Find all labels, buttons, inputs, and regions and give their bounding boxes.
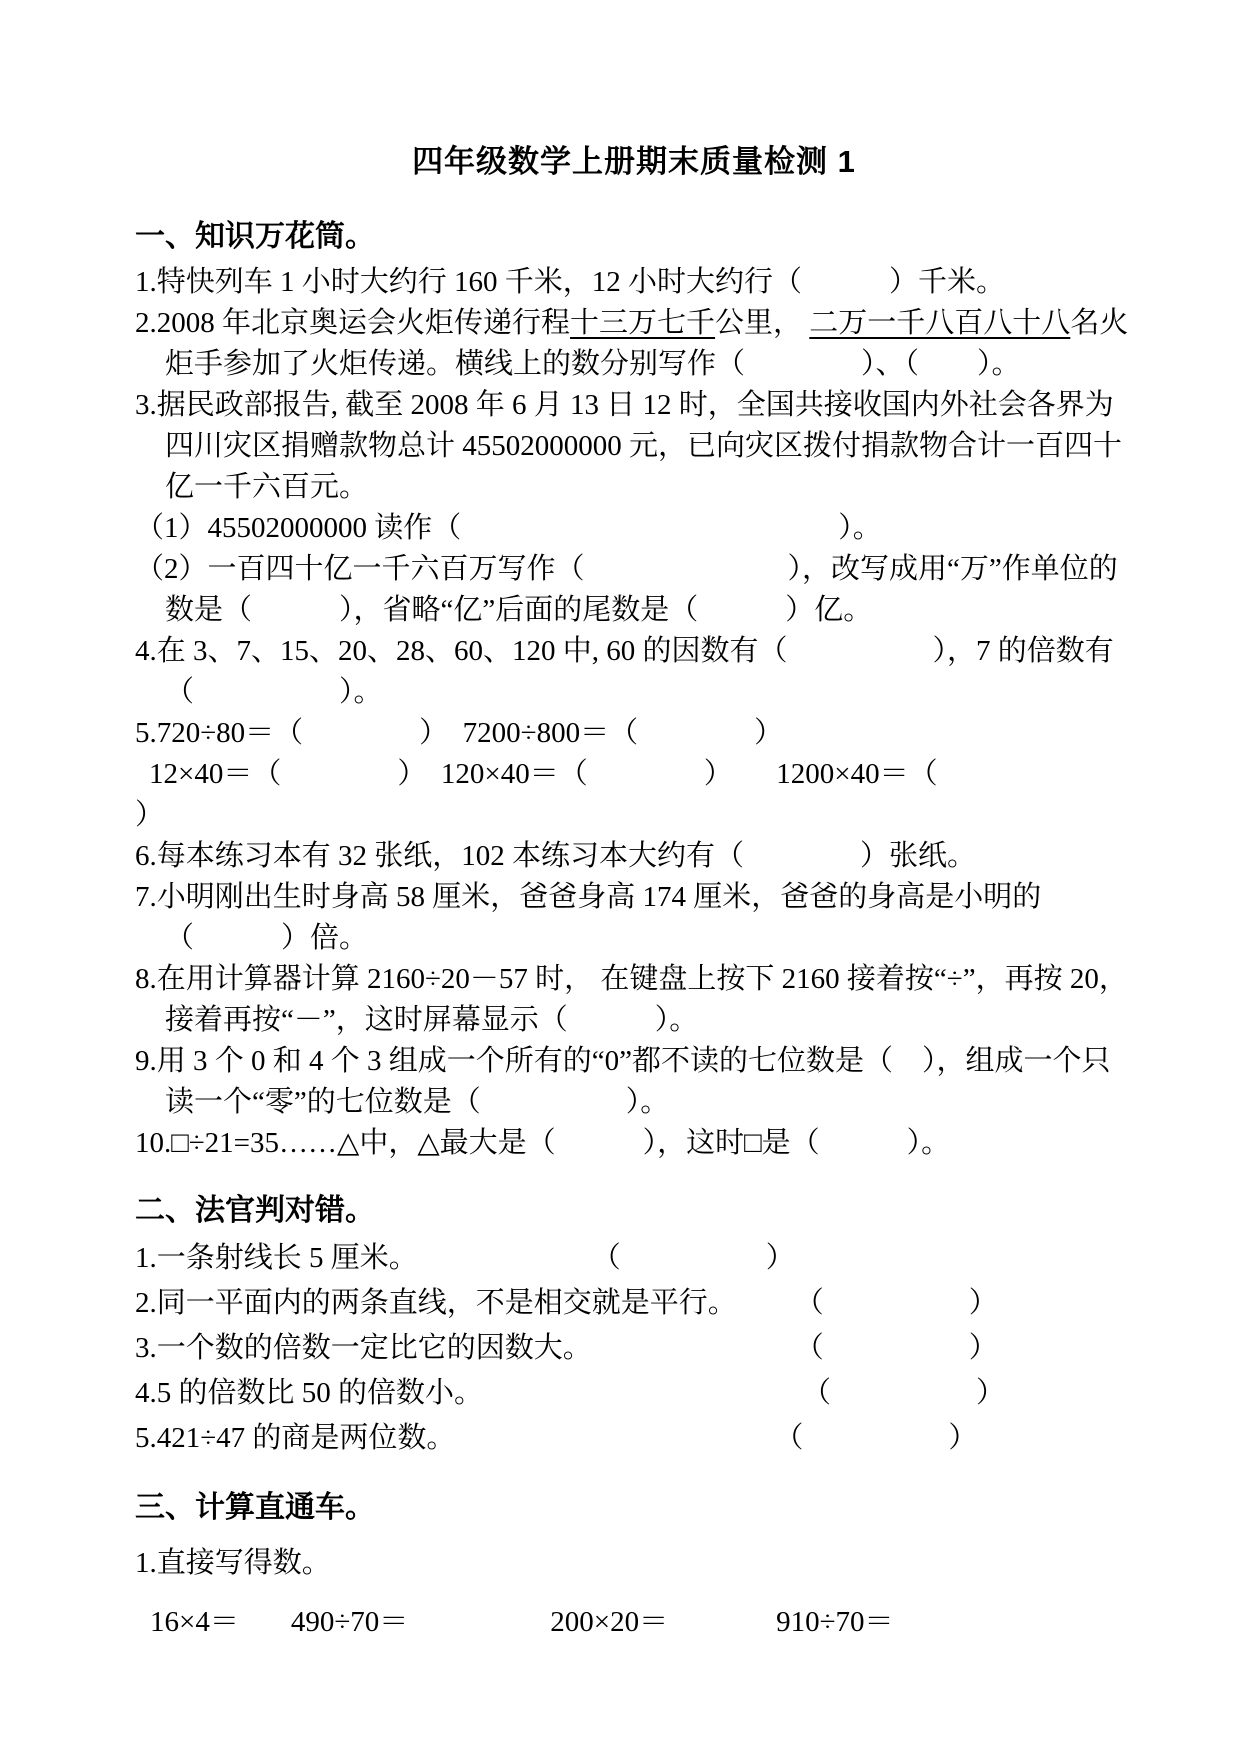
question-3-sub-2: （2）一百四十亿一千六百万写作（ ），改写成用“万”作单位的数是（ ），省略“亿… [135,549,1133,631]
question-2-underline-1: 十三万七千 [570,307,715,339]
question-6: 6.每本练习本有 32 张纸，102 本练习本大约有（ ）张纸。 [135,836,1133,877]
question-7: 7.小明刚出生时身高 58 厘米，爸爸身高 174 厘米，爸爸的身高是小明的（ … [135,877,1133,959]
section3-heading: 三、计算直通车。 [135,1487,1133,1529]
equation-row: 16×4＝490÷70＝200×20＝910÷70＝ [135,1602,1133,1643]
question-2-mid: 公里， [715,307,809,339]
question-5-line-3: ） [135,795,1133,836]
section-true-false: 二、法官判对错。 1.一条射线长 5 厘米。 （ ） 2.同一平面内的两条直线，… [135,1190,1133,1461]
judge-item-2: 2.同一平面内的两条直线，不是相交就是平行。 （ ） [135,1281,1133,1326]
equation-1: 16×4＝ [150,1602,239,1643]
equation-3: 200×20＝ [550,1602,668,1643]
judge-item-1: 1.一条射线长 5 厘米。 （ ） [135,1236,1133,1281]
judge-item-5: 5.421÷47 的商是两位数。 （ ） [135,1416,1133,1461]
section-calculation: 三、计算直通车。 1.直接写得数。 16×4＝490÷70＝200×20＝910… [135,1487,1133,1643]
equation-2: 490÷70＝ [291,1602,408,1643]
section2-heading: 二、法官判对错。 [135,1190,1133,1232]
question-8: 8.在用计算器计算 2160÷20－57 时， 在键盘上按下 2160 接着按“… [135,959,1133,1041]
section-knowledge: 一、知识万花筒。 1.特快列车 1 小时大约行 160 千米，12 小时大约行（… [135,216,1133,1164]
question-1: 1.特快列车 1 小时大约行 160 千米，12 小时大约行（ ）千米。 [135,262,1133,303]
section1-heading: 一、知识万花筒。 [135,216,1133,258]
question-2-pre: 2.2008 年北京奥运会火炬传递行程 [135,307,570,339]
page-title: 四年级数学上册期末质量检测 1 [135,142,1133,182]
equation-4: 910÷70＝ [776,1602,893,1643]
question-10: 10.□÷21=35……△中，△最大是（ ），这时□是（ ）。 [135,1123,1133,1164]
question-3-sub-1: （1）45502000000 读作（ ）。 [135,508,1133,549]
worksheet-page: 四年级数学上册期末质量检测 1 一、知识万花筒。 1.特快列车 1 小时大约行 … [0,0,1241,1754]
judge-item-3: 3.一个数的倍数一定比它的因数大。 （ ） [135,1326,1133,1371]
question-3: 3.据民政部报告, 截至 2008 年 6 月 13 日 12 时，全国共接收国… [135,385,1133,508]
question-5-line-2: 12×40＝（ ） 120×40＝（ ） 1200×40＝（ [135,754,1133,795]
question-2-underline-2: 二万一千八百八十八 [809,307,1070,339]
calc-subheading: 1.直接写得数。 [135,1543,1133,1584]
question-2: 2.2008 年北京奥运会火炬传递行程十三万七千公里， 二万一千八百八十八名火炬… [135,303,1133,385]
judge-item-4: 4.5 的倍数比 50 的倍数小。 （ ） [135,1371,1133,1416]
question-4: 4.在 3、7、15、20、28、60、120 中, 60 的因数有（ ），7 … [135,631,1133,713]
question-5-line-1: 5.720÷80＝（ ） 7200÷800＝（ ） [135,713,1133,754]
question-9: 9.用 3 个 0 和 4 个 3 组成一个所有的“0”都不读的七位数是（ ），… [135,1041,1133,1123]
